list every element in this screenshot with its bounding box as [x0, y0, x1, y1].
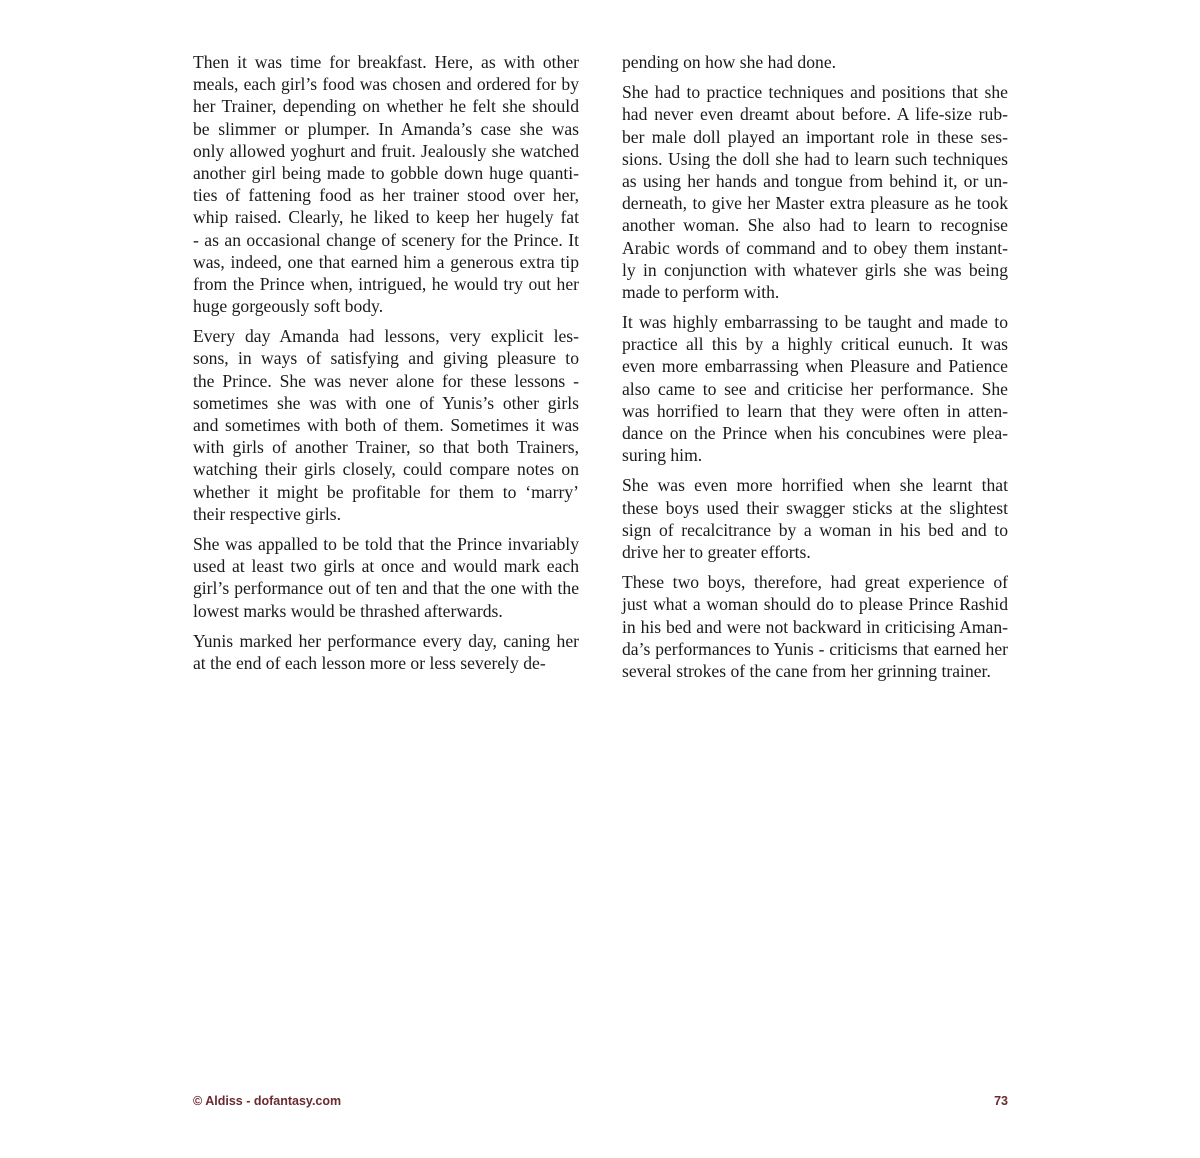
text-line: She had to practice techniques and posit…: [622, 81, 1008, 103]
text-line: sign of recalcitrance by a woman in his …: [622, 519, 1008, 541]
text-line: also came to see and criticise her perfo…: [622, 378, 1008, 400]
text-line: She was even more horrified when she lea…: [622, 474, 1008, 496]
paragraph: She had to practice techniques and posit…: [622, 81, 1008, 303]
text-line: sons, in ways of satisfying and giving p…: [193, 347, 579, 369]
text-line: whip raised. Clearly, he liked to keep h…: [193, 206, 579, 228]
paragraph: pending on how she had done.: [622, 51, 1008, 73]
text-line: several strokes of the cane from her gri…: [622, 660, 1008, 682]
text-line: suring him.: [622, 444, 1008, 466]
text-line: whether it might be profitable for them …: [193, 481, 579, 503]
text-line: It was highly embarrassing to be taught …: [622, 311, 1008, 333]
text-line: practice all this by a highly critical e…: [622, 333, 1008, 355]
text-line: These two boys, therefore, had great exp…: [622, 571, 1008, 593]
text-line: her Trainer, depending on whether he fel…: [193, 95, 579, 117]
text-line: another woman. She also had to learn to …: [622, 214, 1008, 236]
text-line: used at least two girls at once and woul…: [193, 555, 579, 577]
text-line: made to perform with.: [622, 281, 1008, 303]
text-line: their respective girls.: [193, 503, 579, 525]
text-line: da’s performances to Yunis - criticisms …: [622, 638, 1008, 660]
text-line: only allowed yoghurt and fruit. Jealousl…: [193, 140, 579, 162]
text-line: girl’s performance out of ten and that t…: [193, 577, 579, 599]
text-line: Yunis marked her performance every day, …: [193, 630, 579, 652]
text-line: another girl being made to gobble down h…: [193, 162, 579, 184]
page-number: 73: [980, 1094, 1008, 1108]
paragraph: She was even more horrified when she lea…: [622, 474, 1008, 563]
text-line: be slimmer or plumper. In Amanda’s case …: [193, 118, 579, 140]
paragraph: Then it was time for breakfast. Here, as…: [193, 51, 579, 317]
text-line: was, indeed, one that earned him a gener…: [193, 251, 579, 273]
paragraph: It was highly embarrassing to be taught …: [622, 311, 1008, 466]
text-line: Every day Amanda had lessons, very expli…: [193, 325, 579, 347]
text-line: She was appalled to be told that the Pri…: [193, 533, 579, 555]
text-line: just what a woman should do to please Pr…: [622, 593, 1008, 615]
text-line: drive her to greater efforts.: [622, 541, 1008, 563]
text-line: derneath, to give her Master extra pleas…: [622, 192, 1008, 214]
text-line: - as an occasional change of scenery for…: [193, 229, 579, 251]
text-line: ber male doll played an important role i…: [622, 126, 1008, 148]
text-line: the Prince. She was never alone for thes…: [193, 370, 579, 392]
paragraph: Every day Amanda had lessons, very expli…: [193, 325, 579, 525]
text-line: watching their girls closely, could comp…: [193, 458, 579, 480]
text-line: sions. Using the doll she had to learn s…: [622, 148, 1008, 170]
text-line: as using her hands and tongue from behin…: [622, 170, 1008, 192]
text-line: even more embarrassing when Pleasure and…: [622, 355, 1008, 377]
text-line: pending on how she had done.: [622, 51, 1008, 73]
text-line: at the end of each lesson more or less s…: [193, 652, 579, 674]
text-line: ly in conjunction with whatever girls sh…: [622, 259, 1008, 281]
text-line: with girls of another Trainer, so that b…: [193, 436, 579, 458]
text-line: dance on the Prince when his concubines …: [622, 422, 1008, 444]
text-line: these boys used their swagger sticks at …: [622, 497, 1008, 519]
text-line: had never even dreamt about before. A li…: [622, 103, 1008, 125]
text-line: lowest marks would be thrashed afterward…: [193, 600, 579, 622]
text-line: Arabic words of command and to obey them…: [622, 237, 1008, 259]
text-line: was horrified to learn that they were of…: [622, 400, 1008, 422]
paragraph: She was appalled to be told that the Pri…: [193, 533, 579, 622]
paragraph: These two boys, therefore, had great exp…: [622, 571, 1008, 682]
paragraph: Yunis marked her performance every day, …: [193, 630, 579, 674]
footer-copyright[interactable]: © Aldiss - dofantasy.com: [193, 1094, 341, 1108]
text-line: meals, each girl’s food was chosen and o…: [193, 73, 579, 95]
text-line: sometimes she was with one of Yunis’s ot…: [193, 392, 579, 414]
left-text-column: Then it was time for breakfast. Here, as…: [193, 51, 579, 682]
text-line: in his bed and were not backward in crit…: [622, 616, 1008, 638]
document-page: Then it was time for breakfast. Here, as…: [0, 0, 1200, 1158]
text-line: from the Prince when, intrigued, he woul…: [193, 273, 579, 295]
text-line: ties of fattening food as her trainer st…: [193, 184, 579, 206]
text-line: huge gorgeously soft body.: [193, 295, 579, 317]
right-text-column: pending on how she had done.She had to p…: [622, 51, 1008, 690]
text-line: and sometimes with both of them. Sometim…: [193, 414, 579, 436]
text-line: Then it was time for breakfast. Here, as…: [193, 51, 579, 73]
